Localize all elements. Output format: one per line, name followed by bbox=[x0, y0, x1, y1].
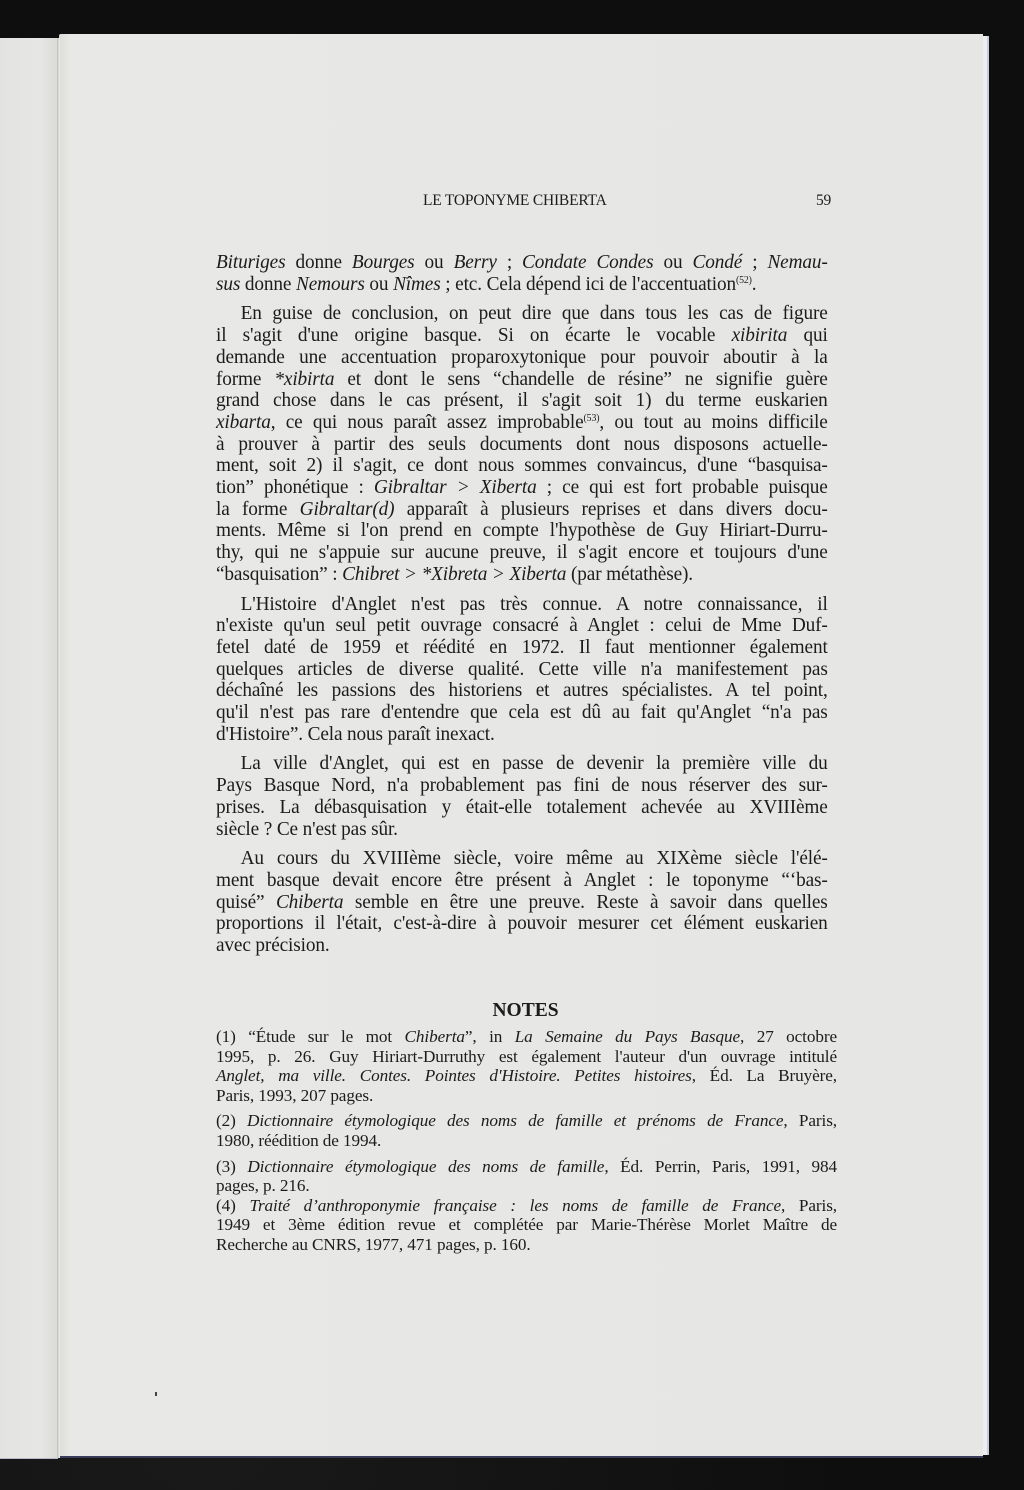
text-run: ou bbox=[365, 274, 393, 295]
text-run: Paris, 1993, 207 pages. bbox=[216, 1086, 373, 1105]
running-title: LE TOPONYME CHIBERTA bbox=[423, 192, 607, 210]
text-line: En guise de conclusion, on peut dire que… bbox=[216, 303, 828, 325]
text-line: ment basque devait encore être présent à… bbox=[216, 870, 828, 892]
text-run: la forme bbox=[216, 499, 300, 520]
text-run: La ville d'Anglet, qui est en passe de d… bbox=[241, 753, 828, 774]
italic-run: Dictionnaire étymologique des noms de fa… bbox=[247, 1111, 783, 1130]
text-line: quelques articles de diverse qualité. Ce… bbox=[216, 659, 828, 681]
text-run: L'Histoire d'Anglet n'est pas très connu… bbox=[241, 594, 828, 615]
text-run: “basquisation” : bbox=[216, 564, 342, 585]
text-line: L'Histoire d'Anglet n'est pas très connu… bbox=[216, 594, 828, 616]
text-run: fetel daté de 1959 et réédité en 1972. I… bbox=[216, 637, 828, 658]
text-run: , ou tout au moins difficile bbox=[599, 412, 827, 433]
text-run: thy, qui ne s'appuie sur aucune preuve, … bbox=[216, 542, 828, 563]
text-run: 1995, p. 26. Guy Hiriart-Durruthy est ég… bbox=[216, 1047, 837, 1066]
text-run: , ce qui nous paraît assez improbable bbox=[271, 412, 584, 433]
text-run: à prouver à partir des seuls documents d… bbox=[216, 434, 828, 455]
text-run: grand chose dans le cas présent, il s'ag… bbox=[216, 390, 828, 411]
italic-run: Bituriges bbox=[216, 252, 285, 273]
text-line: 1995, p. 26. Guy Hiriart-Durruthy est ég… bbox=[216, 1047, 837, 1067]
text-run: ment basque devait encore être présent à… bbox=[216, 870, 828, 891]
text-line: qu'il n'est pas rare d'entendre que cela… bbox=[216, 702, 828, 724]
text-run: ”, in bbox=[465, 1027, 515, 1046]
text-line: forme *xibirta et dont le sens “chandell… bbox=[216, 369, 828, 391]
italic-run: Nemau- bbox=[767, 252, 827, 273]
text-line: déchaîné les passions des historiens et … bbox=[216, 680, 828, 702]
text-line: à prouver à partir des seuls documents d… bbox=[216, 434, 828, 456]
footnote: (2) Dictionnaire étymologique des noms d… bbox=[216, 1111, 837, 1150]
italic-run: *xibirta bbox=[274, 369, 334, 390]
text-run: , Paris, bbox=[783, 1111, 837, 1130]
text-run: ou bbox=[653, 252, 692, 273]
text-run: ; bbox=[742, 252, 767, 273]
italic-run: sus bbox=[216, 274, 240, 295]
text-run: prises. La débasquisation y était-elle t… bbox=[216, 797, 828, 818]
text-line: siècle ? Ce n'est pas sûr. bbox=[216, 819, 828, 841]
text-line: La ville d'Anglet, qui est en passe de d… bbox=[216, 753, 828, 775]
text-run: et dont le sens “chandelle de résine” ne… bbox=[334, 369, 827, 390]
text-run: Pays Basque Nord, n'a probablement pas f… bbox=[216, 775, 828, 796]
footnote-ref: (53) bbox=[584, 413, 600, 424]
italic-run: Chiberta bbox=[276, 892, 343, 913]
text-run: semble en être une preuve. Reste à savoi… bbox=[343, 892, 827, 913]
italic-run: Gibraltar > Xiberta bbox=[374, 477, 537, 498]
text-line: la forme Gibraltar(d) apparaît à plusieu… bbox=[216, 499, 828, 521]
text-run: 1949 et 3ème édition revue et complétée … bbox=[216, 1215, 837, 1234]
text-line: (2) Dictionnaire étymologique des noms d… bbox=[216, 1111, 837, 1131]
page-number: 59 bbox=[816, 192, 831, 210]
text-line: tion” phonétique : Gibraltar > Xiberta ;… bbox=[216, 477, 828, 499]
text-run: quelques articles de diverse qualité. Ce… bbox=[216, 659, 828, 680]
text-line: Pays Basque Nord, n'a probablement pas f… bbox=[216, 775, 828, 797]
notes-heading: NOTES bbox=[0, 1000, 1024, 1022]
footnote: (3) Dictionnaire étymologique des noms d… bbox=[216, 1157, 837, 1196]
text-run: , Éd. Perrin, Paris, 1991, 984 bbox=[604, 1157, 837, 1176]
text-line: ment, soit 2) il s'agit, ce dont nous so… bbox=[216, 455, 828, 477]
italic-run: Chiberta bbox=[405, 1027, 465, 1046]
text-run: Au cours du XVIIIème siècle, voire même … bbox=[241, 848, 828, 869]
italic-run: Condate Condes bbox=[522, 252, 653, 273]
italic-run: Berry bbox=[454, 252, 497, 273]
text-run: proportions il l'était, c'est-à-dire à p… bbox=[216, 913, 828, 934]
italic-run: Nemours bbox=[296, 274, 365, 295]
text-line: prises. La débasquisation y était-elle t… bbox=[216, 797, 828, 819]
text-run: , 27 octobre bbox=[740, 1027, 837, 1046]
italic-run: Dictionnaire étymologique des noms de fa… bbox=[247, 1157, 604, 1176]
paragraph: La ville d'Anglet, qui est en passe de d… bbox=[216, 753, 828, 840]
text-run: avec précision. bbox=[216, 935, 330, 956]
text-run: déchaîné les passions des historiens et … bbox=[216, 680, 828, 701]
text-line: Anglet, ma ville. Contes. Pointes d'Hist… bbox=[216, 1066, 837, 1086]
text-line: (4) Traité d’anthroponymie française : l… bbox=[216, 1196, 837, 1216]
text-line: Au cours du XVIIIème siècle, voire même … bbox=[216, 848, 828, 870]
body-text: Bituriges donne Bourges ou Berry ; Conda… bbox=[216, 252, 828, 965]
scan-speck bbox=[155, 1392, 157, 1396]
italic-run: Traité d’anthroponymie française : les n… bbox=[249, 1196, 781, 1215]
italic-run: xibirita bbox=[732, 325, 788, 346]
footnote: (4) Traité d’anthroponymie française : l… bbox=[216, 1196, 837, 1255]
text-line: grand chose dans le cas présent, il s'ag… bbox=[216, 390, 828, 412]
italic-run: Anglet, ma ville. Contes. Pointes d'Hist… bbox=[216, 1066, 692, 1085]
text-run: . bbox=[752, 274, 757, 295]
text-run: , Paris, bbox=[781, 1196, 837, 1215]
text-run: siècle ? Ce n'est pas sûr. bbox=[216, 819, 398, 840]
text-line: demande une accentuation proparoxytoniqu… bbox=[216, 347, 828, 369]
text-line: Paris, 1993, 207 pages. bbox=[216, 1086, 837, 1106]
text-line: fetel daté de 1959 et réédité en 1972. I… bbox=[216, 637, 828, 659]
footnote-ref: (52) bbox=[736, 275, 752, 286]
text-run: ; ce qui est fort probable puisque bbox=[537, 477, 828, 498]
text-run: (4) bbox=[216, 1196, 249, 1215]
text-run: 1980, réédition de 1994. bbox=[216, 1131, 381, 1150]
notes-list: (1) “Étude sur le mot Chiberta”, in La S… bbox=[216, 1027, 837, 1261]
text-line: ments. Même si l'on prend en compte l'hy… bbox=[216, 520, 828, 542]
text-run: ; etc. Cela dépend ici de l'accentuation bbox=[441, 274, 736, 295]
text-line: 1980, réédition de 1994. bbox=[216, 1131, 837, 1151]
italic-run: xibarta bbox=[216, 412, 271, 433]
text-line: Recherche au CNRS, 1977, 471 pages, p. 1… bbox=[216, 1235, 837, 1255]
text-line: n'existe qu'un seul petit ouvrage consac… bbox=[216, 615, 828, 637]
text-run: ; bbox=[497, 252, 522, 273]
paragraph: L'Histoire d'Anglet n'est pas très connu… bbox=[216, 594, 828, 746]
italic-run: Gibraltar(d) bbox=[300, 499, 395, 520]
text-run: donne bbox=[240, 274, 296, 295]
running-header: LE TOPONYME CHIBERTA 59 bbox=[0, 192, 1024, 212]
text-line: avec précision. bbox=[216, 935, 828, 957]
footnote: (1) “Étude sur le mot Chiberta”, in La S… bbox=[216, 1027, 837, 1105]
paragraph: Au cours du XVIIIème siècle, voire même … bbox=[216, 848, 828, 957]
text-run: tion” phonétique : bbox=[216, 477, 374, 498]
text-line: proportions il l'était, c'est-à-dire à p… bbox=[216, 913, 828, 935]
text-run: ment, soit 2) il s'agit, ce dont nous so… bbox=[216, 455, 828, 476]
text-line: Bituriges donne Bourges ou Berry ; Conda… bbox=[216, 252, 828, 274]
text-run: (3) bbox=[216, 1157, 247, 1176]
italic-run: Nîmes bbox=[393, 274, 441, 295]
text-run: , Éd. La Bruyère, bbox=[692, 1066, 837, 1085]
text-line: pages, p. 216. bbox=[216, 1176, 837, 1196]
paragraph: Bituriges donne Bourges ou Berry ; Conda… bbox=[216, 252, 828, 295]
text-run: quisé” bbox=[216, 892, 276, 913]
text-run: (1) “Étude sur le mot bbox=[216, 1027, 405, 1046]
text-line: quisé” Chiberta semble en être une preuv… bbox=[216, 892, 828, 914]
text-run: Recherche au CNRS, 1977, 471 pages, p. 1… bbox=[216, 1235, 531, 1254]
text-line: (1) “Étude sur le mot Chiberta”, in La S… bbox=[216, 1027, 837, 1047]
text-line: (3) Dictionnaire étymologique des noms d… bbox=[216, 1157, 837, 1177]
paragraph: En guise de conclusion, on peut dire que… bbox=[216, 303, 828, 585]
italic-run: Condé bbox=[693, 252, 743, 273]
italic-run: Chibret > *Xibreta > Xiberta bbox=[342, 564, 566, 585]
text-line: sus donne Nemours ou Nîmes ; etc. Cela d… bbox=[216, 274, 828, 296]
text-run: forme bbox=[216, 369, 274, 390]
text-run: il s'agit d'une origine basque. Si on éc… bbox=[216, 325, 732, 346]
text-line: thy, qui ne s'appuie sur aucune preuve, … bbox=[216, 542, 828, 564]
text-run: pages, p. 216. bbox=[216, 1176, 310, 1195]
left-page-edge bbox=[0, 38, 58, 1459]
text-run: qui bbox=[787, 325, 827, 346]
text-line: “basquisation” : Chibret > *Xibreta > Xi… bbox=[216, 564, 828, 586]
text-run: apparaît à plusieurs reprises et dans di… bbox=[394, 499, 827, 520]
text-run: (2) bbox=[216, 1111, 247, 1130]
book-gutter bbox=[57, 38, 60, 1458]
italic-run: Bourges bbox=[352, 252, 415, 273]
text-run: d'Histoire”. Cela nous paraît inexact. bbox=[216, 724, 495, 745]
italic-run: La Semaine du Pays Basque bbox=[515, 1027, 740, 1046]
text-run: En guise de conclusion, on peut dire que… bbox=[241, 303, 828, 324]
text-run: n'existe qu'un seul petit ouvrage consac… bbox=[216, 615, 828, 636]
text-run: donne bbox=[285, 252, 351, 273]
text-run: ou bbox=[415, 252, 454, 273]
text-run: demande une accentuation proparoxytoniqu… bbox=[216, 347, 828, 368]
text-run: (par métathèse). bbox=[566, 564, 693, 585]
text-line: d'Histoire”. Cela nous paraît inexact. bbox=[216, 724, 828, 746]
text-line: il s'agit d'une origine basque. Si on éc… bbox=[216, 325, 828, 347]
text-line: xibarta, ce qui nous paraît assez improb… bbox=[216, 412, 828, 434]
text-run: ments. Même si l'on prend en compte l'hy… bbox=[216, 520, 828, 541]
text-run: qu'il n'est pas rare d'entendre que cela… bbox=[216, 702, 828, 723]
text-line: 1949 et 3ème édition revue et complétée … bbox=[216, 1215, 837, 1235]
